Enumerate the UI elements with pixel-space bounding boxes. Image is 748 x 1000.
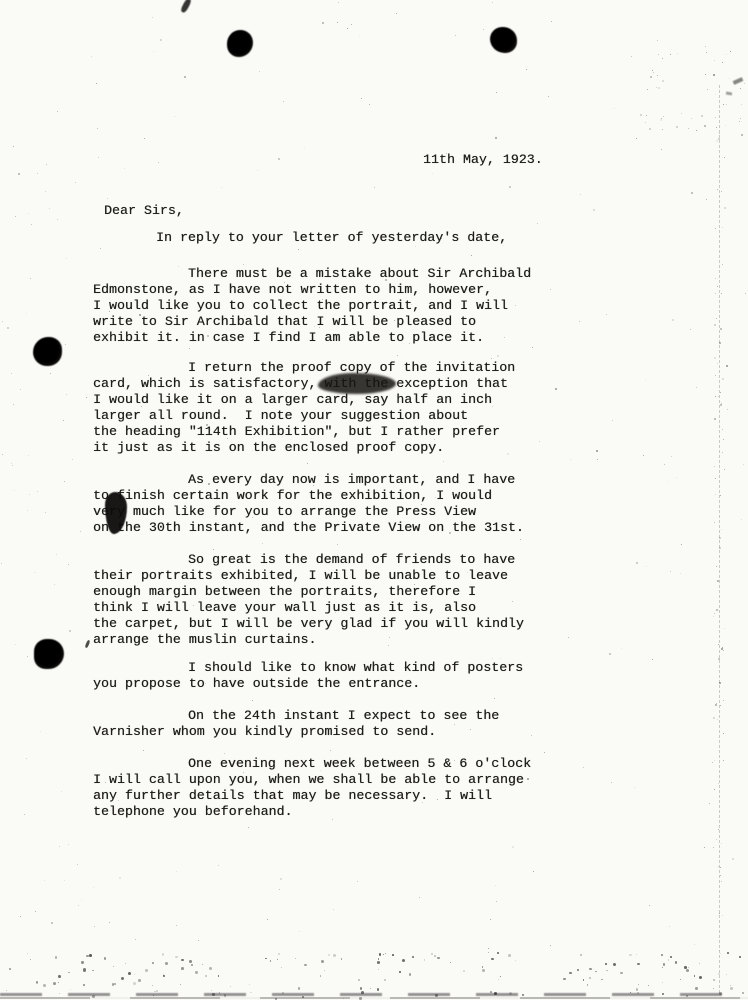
- letter-paragraph-6: I should like to know what kind of poste…: [93, 660, 531, 692]
- letter-date: 11th May, 1923.: [423, 152, 543, 168]
- scan-mark-top-center: [180, 0, 192, 14]
- punch-hole-top-left: [227, 30, 253, 57]
- ink-smudge-overtype: [318, 373, 396, 394]
- stray-ink-tick: [85, 640, 91, 649]
- letter-salutation: Dear Sirs,: [104, 203, 184, 219]
- punch-hole-left-lower: [34, 639, 64, 669]
- letter-paragraph-5: So great is the demand of friends to hav…: [93, 552, 531, 648]
- scan-edge-bottom-line-2: [0, 997, 748, 999]
- letter-paragraph-8: One evening next week between 5 & 6 o'cl…: [93, 756, 531, 820]
- punch-hole-top-right: [490, 27, 517, 53]
- letter-body: In reply to your letter of yesterday's d…: [93, 230, 531, 820]
- letter-paragraph-2: There must be a mistake about Sir Archib…: [93, 266, 531, 346]
- scan-mark-top-right-1: [733, 77, 744, 85]
- punch-hole-left-upper: [33, 337, 62, 366]
- letter-paragraph-4: As every day now is important, and I hav…: [93, 472, 531, 536]
- scan-mark-top-right-2: [726, 92, 732, 96]
- letter-paragraph-3: I return the proof copy of the invitatio…: [93, 360, 531, 456]
- letter-paragraph-1: In reply to your letter of yesterday's d…: [93, 230, 531, 246]
- paper-crease-right: [719, 85, 720, 993]
- letter-paragraph-7: On the 24th instant I expect to see the …: [93, 708, 531, 740]
- scan-edge-bottom-line-1: [0, 993, 748, 996]
- scanned-letter-page: 11th May, 1923. Dear Sirs, In reply to y…: [0, 0, 748, 1000]
